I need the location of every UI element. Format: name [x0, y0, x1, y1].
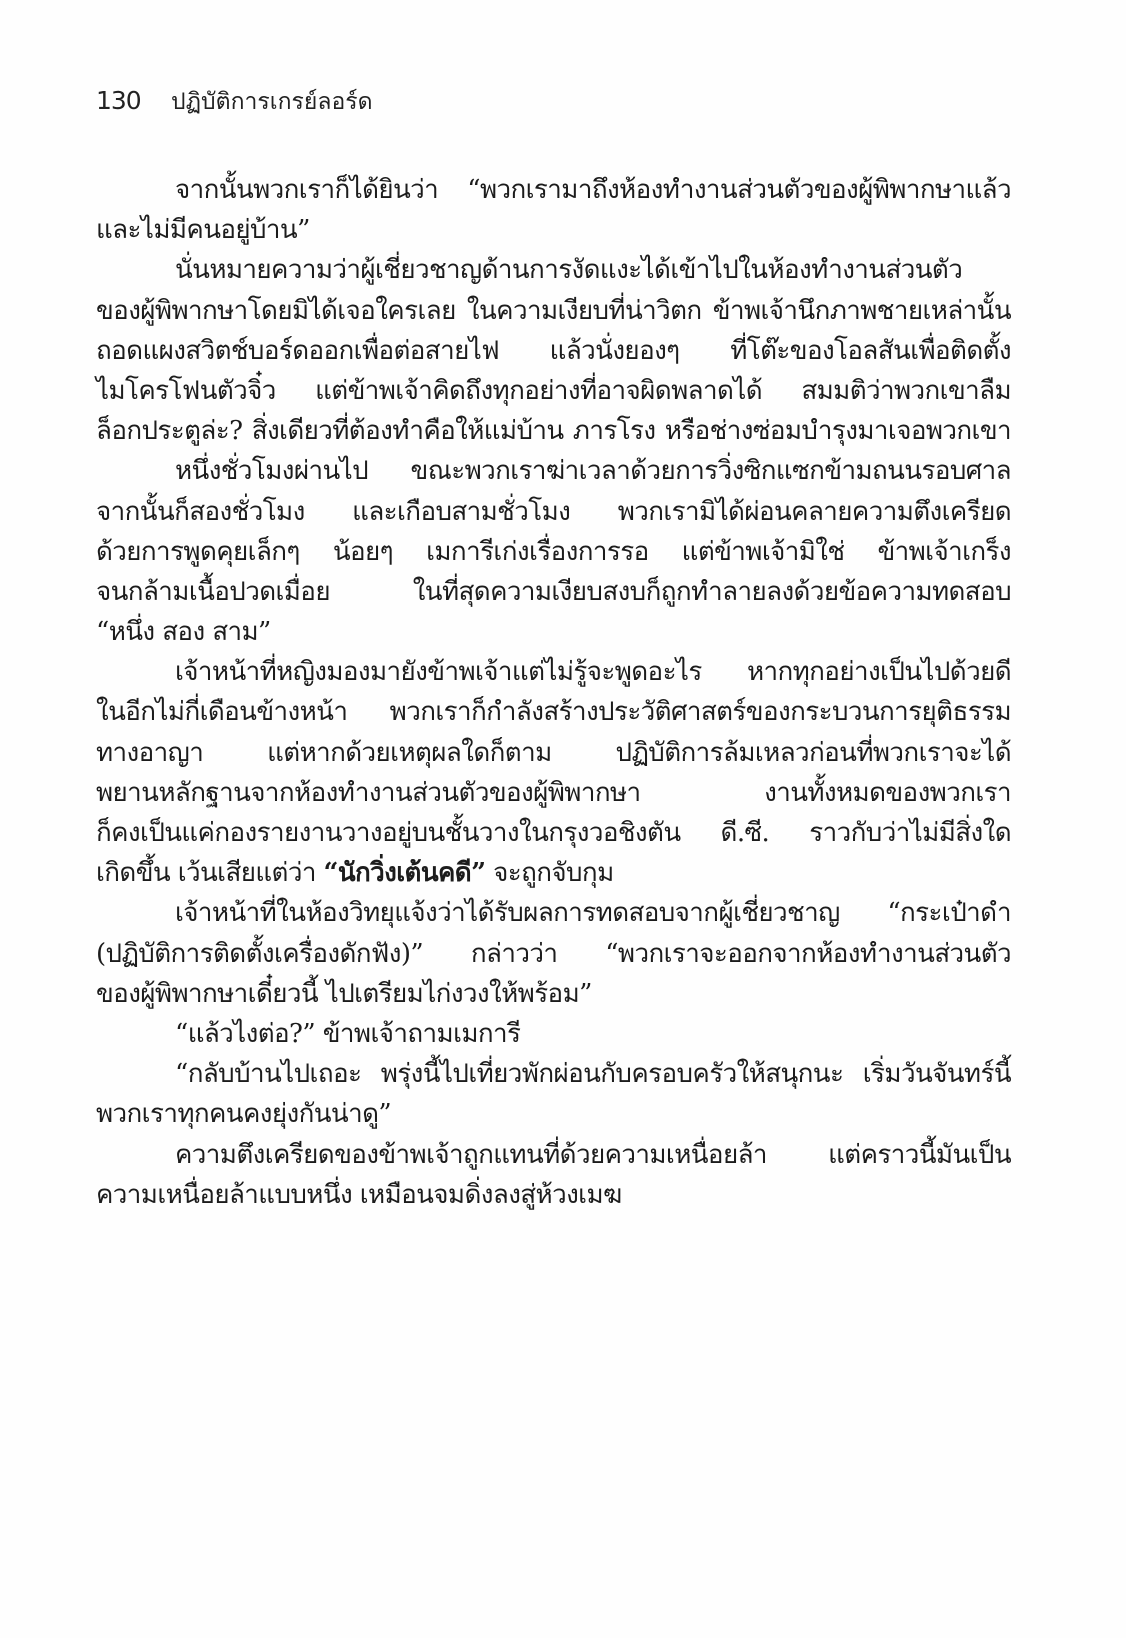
page-number: 130: [96, 86, 171, 115]
book-title: ปฏิบัติการเกรย์ลอร์ด: [171, 84, 373, 120]
text-segment: เกิดขึ้น เว้นเสียแต่ว่า: [96, 858, 323, 888]
text-line: ในอีกไม่กี่เดือนข้างหน้า พวกเราก็กำลังสร…: [96, 692, 1011, 732]
text-line: ล็อกประตูล่ะ? สิ่งเดียวที่ต้องทำคือให้แม…: [96, 411, 1011, 451]
book-page: 130 ปฏิบัติการเกรย์ลอร์ด จากนั้นพวกเราก็…: [0, 0, 1126, 1638]
text-line: เจ้าหน้าที่หญิงมองมายังข้าพเจ้าแต่ไม่รู้…: [96, 652, 1011, 692]
text-line: ทางอาญา แต่หากด้วยเหตุผลใดก็ตาม ปฏิบัติก…: [96, 733, 1011, 773]
text-line: ถอดแผงสวิตช์บอร์ดออกเพื่อต่อสายไฟ แล้วนั…: [96, 331, 1011, 371]
text-line: “หนึ่ง สอง สาม”: [96, 612, 1011, 652]
text-line: นั่นหมายความว่าผู้เชี่ยวชาญด้านการงัดแงะ…: [96, 250, 1011, 290]
text-segment: จะถูกจับกุม: [485, 858, 613, 888]
text-line: “กลับบ้านไปเถอะ พรุ่งนี้ไปเที่ยวพักผ่อนก…: [96, 1054, 1011, 1094]
text-line: เกิดขึ้น เว้นเสียแต่ว่า “นักวิ่งเต้นคดี”…: [96, 853, 1011, 893]
text-line: (ปฏิบัติการติดตั้งเครื่องดักฟัง)” กล่าวว…: [96, 934, 1011, 974]
body-text: จากนั้นพวกเราก็ได้ยินว่า “พวกเรามาถึงห้อ…: [96, 170, 1011, 1215]
text-line: ความเหนื่อยล้าแบบหนึ่ง เหมือนจมดิ่งลงสู่…: [96, 1175, 1011, 1215]
running-header: 130 ปฏิบัติการเกรย์ลอร์ด: [96, 84, 373, 124]
text-line: ของผู้พิพากษาโดยมิได้เจอใครเลย ในความเงี…: [96, 291, 1011, 331]
text-line: จากนั้นพวกเราก็ได้ยินว่า “พวกเรามาถึงห้อ…: [96, 170, 1011, 210]
text-line: “แล้วไงต่อ?” ข้าพเจ้าถามเมการี: [96, 1014, 1011, 1054]
text-line: ความตึงเครียดของข้าพเจ้าถูกแทนที่ด้วยควา…: [96, 1135, 1011, 1175]
emphasized-term: “นักวิ่งเต้นคดี”: [323, 858, 485, 888]
text-line: จากนั้นก็สองชั่วโมง และเกือบสามชั่วโมง พ…: [96, 492, 1011, 532]
text-line: จนกล้ามเนื้อปวดเมื่อย ในที่สุดความเงียบส…: [96, 572, 1011, 612]
text-line: เจ้าหน้าที่ในห้องวิทยุแจ้งว่าได้รับผลการ…: [96, 893, 1011, 933]
text-line: พวกเราทุกคนคงยุ่งกันน่าดู”: [96, 1094, 1011, 1134]
text-line: พยานหลักฐานจากห้องทำงานส่วนตัวของผู้พิพา…: [96, 773, 1011, 813]
text-line: ไมโครโฟนตัวจิ๋ว แต่ข้าพเจ้าคิดถึงทุกอย่า…: [96, 371, 1011, 411]
text-line: และไม่มีคนอยู่บ้าน”: [96, 210, 1011, 250]
text-line: ด้วยการพูดคุยเล็กๆ น้อยๆ เมการีเก่งเรื่อ…: [96, 532, 1011, 572]
text-line: ก็คงเป็นแค่กองรายงานวางอยู่บนชั้นวางในกร…: [96, 813, 1011, 853]
text-line: ของผู้พิพากษาเดี๋ยวนี้ ไปเตรียมไก่งวงให้…: [96, 974, 1011, 1014]
text-line: หนึ่งชั่วโมงผ่านไป ขณะพวกเราฆ่าเวลาด้วยก…: [96, 451, 1011, 491]
